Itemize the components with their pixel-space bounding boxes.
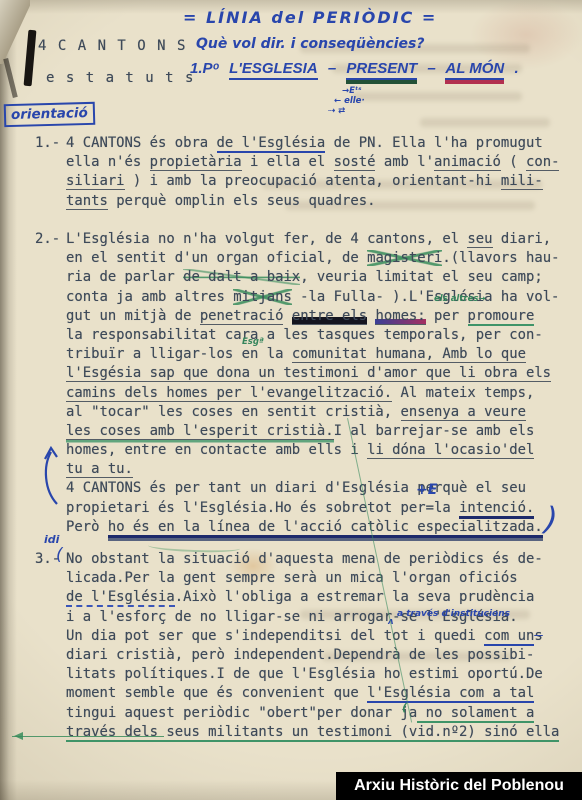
green-note-els-altres: els altres→ [434,294,486,304]
typed-line: 4 CANTONS és per tant un diari d'Esglési… [66,479,571,498]
typed-line: la responsabilitat cara a les tasques te… [66,326,571,345]
tiny-note-1: →Eᵗˢ [342,86,361,96]
typed-line: litats polítiques.I de que l'Església ho… [66,665,571,684]
scanned-document-page: { "page":{"width":582,"height":800}, "co… [0,0,582,800]
hand-line-almon: AL MÓN [445,60,504,80]
typed-line: siliari ) i amb la preocupació atenta, o… [66,172,571,191]
typed-line: ria de parlar de dalt a baix, veuria lim… [66,268,571,287]
green-left-arrow [12,736,164,737]
hand-line-prefix: 1.Pᵒ [190,60,219,77]
typed-line: tu a tu. [66,460,571,479]
typed-line: tingui aquest periòdic "obert"per donar … [66,704,571,723]
watermark-label: Arxiu Històric del Poblenou [354,777,564,794]
typed-subtitle: e s t a t u t s [46,70,195,86]
hand-line-sep: – [328,60,336,77]
typed-title: 4 C A N T O N S [38,38,187,54]
hand-question: Què vol dir. i conseqüències? [196,36,424,52]
bleedthrough-smudge [352,92,522,101]
typed-line: l'Esgésia sap que dona un testimoni d'am… [66,364,571,383]
plus-e-note: +E [416,482,437,498]
typed-line: Però ho és en la línea de l'acció catòli… [66,518,571,537]
typed-line: gut un mitjà de penetració entre els hom… [66,307,571,326]
typed-line: homes, entre en contacte amb ells i li d… [66,441,571,460]
typed-line: les coses amb l'esperit cristià.I al bar… [66,422,571,441]
green-note-esglesia: Esgª [242,337,264,347]
typed-line: Un dia pot ser que s'independitsi del to… [66,627,571,646]
insert-note-institucions: a través d'institucions [397,609,510,619]
typed-line: moment semble que és convenient que l'Es… [66,684,571,703]
typed-line: conta ja amb altres mitjans -la Fulla- )… [66,288,571,307]
tiny-note-3: ⇢ ⇄ [328,106,345,116]
paragraph-number: 1.- [35,134,60,153]
margin-box-orientacio: orientació [4,102,95,127]
typed-line: L'Església no n'ha volgut fer, de 4 cant… [66,230,571,249]
typed-line: través dels seus militants un testimoni … [66,723,571,742]
typed-line: de l'Església.Això l'obliga a estremar l… [66,588,571,607]
blue-curly-arrow [38,446,64,508]
bleedthrough-smudge [420,118,550,127]
paragraph: 1.-4 CANTONS és obra de l'Església de PN… [66,134,571,211]
typed-line: licada.Per la gent sempre serà un mica l… [66,569,571,588]
typed-line: propietari és l'Església.Ho és sobretot … [66,499,571,518]
paragraph: 2.-L'Església no n'ha volgut fer, de 4 c… [66,230,571,537]
typed-line: en el sentit d'un organ oficial, de magi… [66,249,571,268]
typed-line: 4 CANTONS és obra de l'Església de PN. E… [66,134,571,153]
typed-line: al "tocar" les coses en sentit cristià, … [66,403,571,422]
tiny-note-2: ← elle· [334,96,365,106]
typed-line: ella n'és propietària i ella el sosté am… [66,153,571,172]
handwritten-subtitle: 1.Pᵒ L'ESGLESIA – PRESENT – AL MÓN . [190,60,525,77]
typed-line: tants perquè omplin els seus quadres. [66,192,571,211]
hand-title: = LÍNIA del PERIÒDIC = [183,8,437,27]
hand-line-dot: . [514,60,518,77]
watermark-bar: Arxiu Històric del Poblenou [336,772,582,800]
typed-line: diari cristià, però independent.Dependrà… [66,646,571,665]
hand-line-church: L'ESGLESIA [229,60,318,80]
typed-line: camins dels homes per l'evangelització. … [66,384,571,403]
typed-line: tribuïr a lligar-los en la comunitat hum… [66,345,571,364]
paragraph: 3.-No obstant la situació d'aquesta mena… [66,550,571,742]
hand-line-present: PRESENT [346,60,417,80]
hand-line-sep: – [427,60,435,77]
paragraph-number: 2.- [35,230,60,249]
para3-open-paren: ( [56,545,63,565]
typed-line: No obstant la situació d'aquesta mena de… [66,550,571,569]
